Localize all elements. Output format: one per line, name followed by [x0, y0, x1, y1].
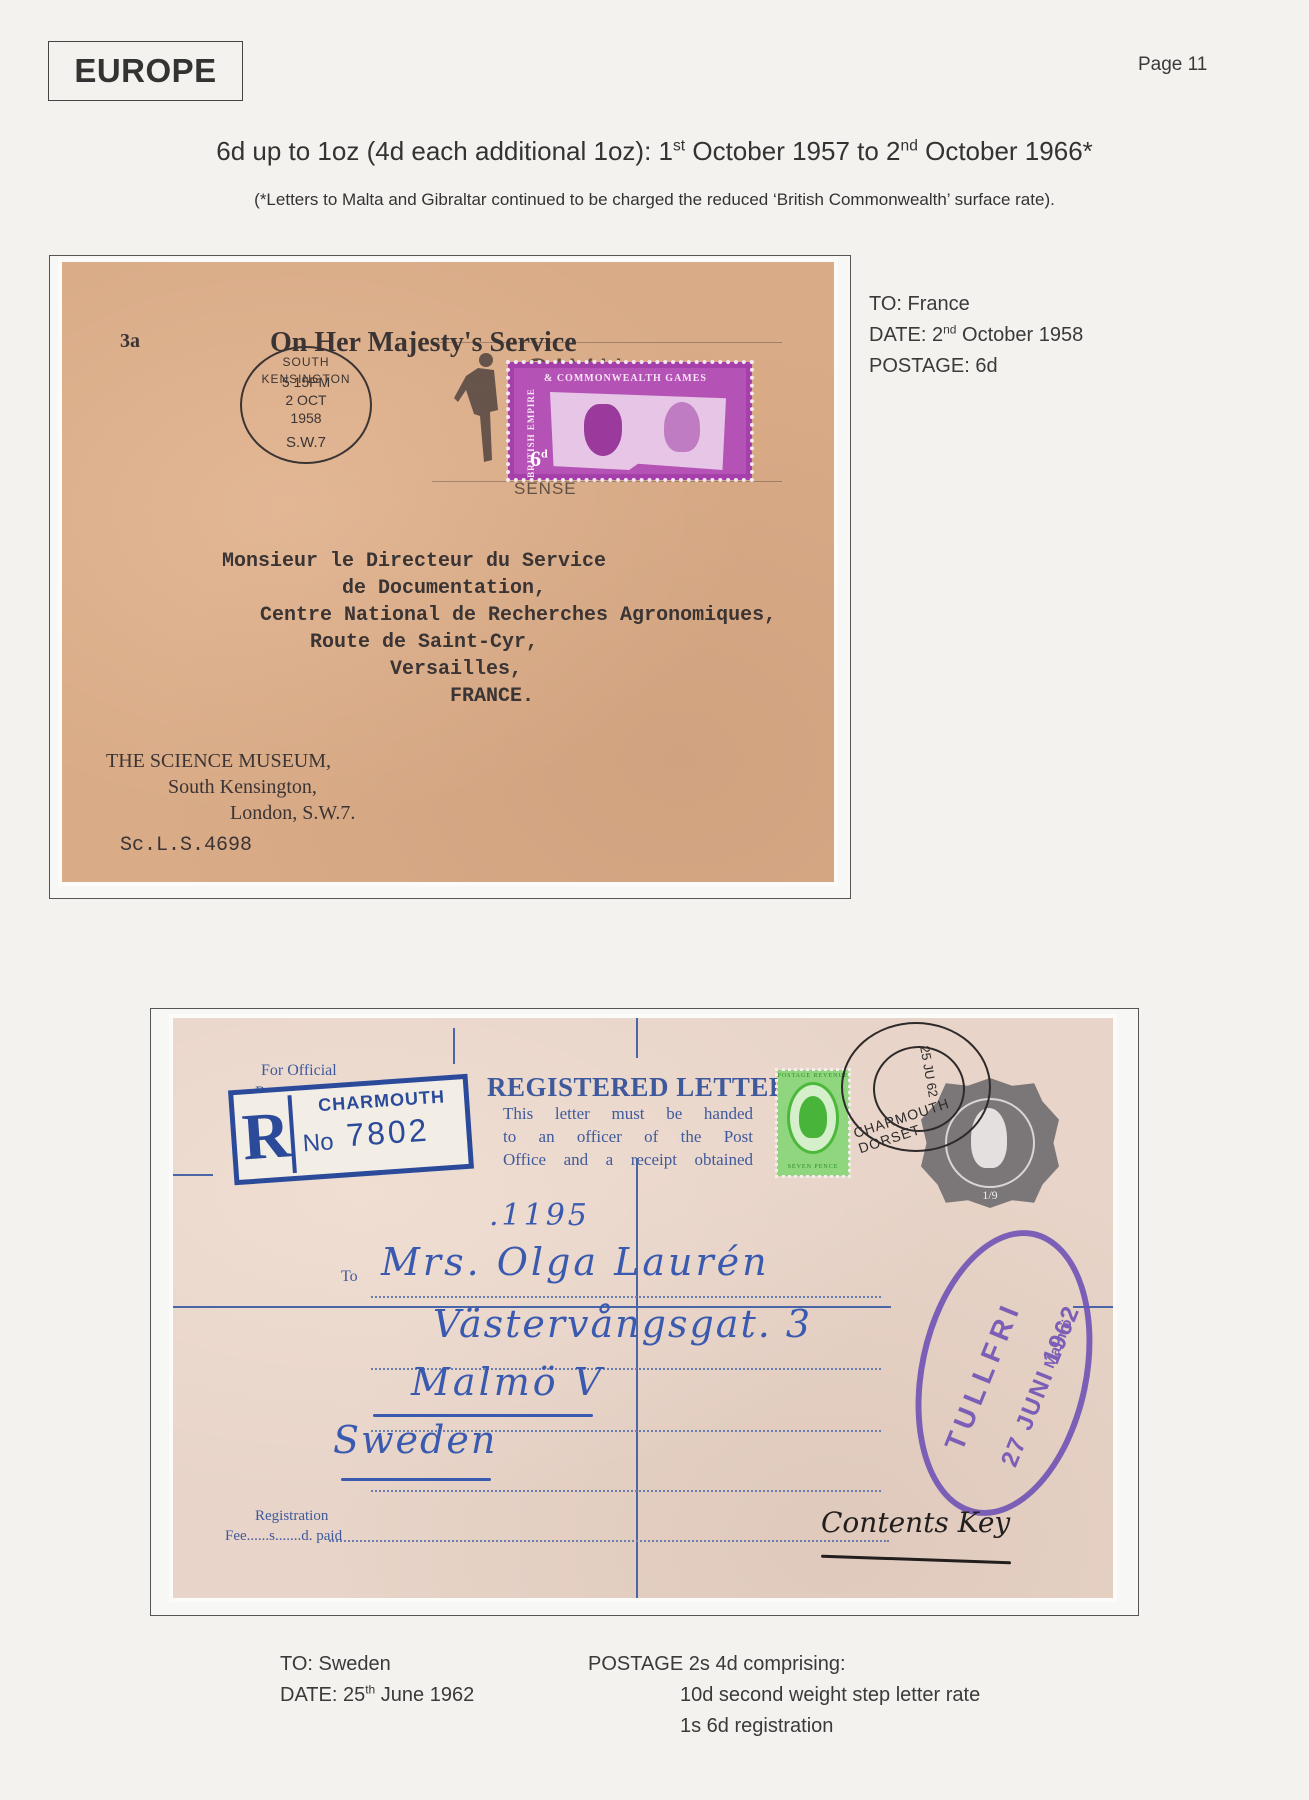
cover2-postmark: CHARMOUTH DORSET 25 JU 62 [841, 1022, 991, 1152]
recipient-city: Malmö V [411, 1360, 604, 1404]
cover2-description: TO: Sweden DATE: 25th June 1962 [280, 1649, 474, 1711]
cover1-envelope: 3a On Her Majesty's Service SOUTH KENSIN… [62, 262, 834, 882]
civil-defence-figure-icon [452, 350, 508, 470]
registration-fee-label: Registration Fee......s.......d. paid [225, 1506, 342, 1546]
cover2-date: DATE: 25th June 1962 [280, 1680, 474, 1711]
page-number: Page 11 [1138, 54, 1207, 76]
to-label: To [341, 1268, 358, 1286]
cross-line [453, 1028, 455, 1064]
region-label: EUROPE [74, 52, 216, 90]
registered-letter-instructions: This letter must be handed to an officer… [503, 1102, 753, 1171]
cover2-postage: POSTAGE 2s 4d comprising: [588, 1649, 980, 1680]
contents-note: Contents Key [821, 1506, 1010, 1539]
postage-item: 10d second weight step letter rate [588, 1680, 980, 1711]
cover1-ref-mark: 3a [120, 330, 140, 353]
recipient-country: Sweden [333, 1418, 497, 1462]
cover1-postage: POSTAGE: 6d [869, 351, 1083, 382]
cover1-destination: TO: France [869, 289, 1083, 320]
registration-number: 7802 [345, 1112, 431, 1155]
rate-footnote: (*Letters to Malta and Gibraltar continu… [0, 190, 1309, 210]
cover1-sender-reference: Sc.L.S.4698 [120, 834, 252, 857]
cross-line [636, 1158, 638, 1598]
recipient-street: Västervångsgat. 3 [433, 1302, 812, 1346]
swedish-customs-tullfri-cachet: TULLFRI 27 JUNI 1962 Malmö [891, 1213, 1118, 1532]
recipient-name: Mrs. Olga Laurén [381, 1240, 770, 1284]
cover2-registered-envelope: For Official Registration R CHARMOUTH No… [173, 1018, 1113, 1598]
cover1-postmark: SOUTH KENSINGTON 5 15PM 2 OCT 1958 S.W.7 [240, 346, 372, 464]
rate-title: 6d up to 1oz (4d each additional 1oz): 1… [0, 136, 1309, 167]
cover1-sender-address: THE SCIENCE MUSEUM,South Kensington,Lond… [106, 748, 355, 826]
cover1-description: TO: France DATE: 2nd October 1958 POSTAG… [869, 289, 1083, 382]
handwritten-number: .1195 [489, 1198, 590, 1233]
registration-label: R CHARMOUTH No 7802 [228, 1074, 474, 1186]
stamp-queen-portrait-icon [799, 1096, 827, 1138]
stamp-queen-portrait-icon [664, 402, 700, 452]
stamp-crest-icon [584, 404, 622, 456]
postage-item: 1s 6d registration [588, 1711, 980, 1742]
cross-line [636, 1018, 638, 1058]
cover2-postage-breakdown: POSTAGE 2s 4d comprising: 10d second wei… [588, 1649, 980, 1742]
cross-line [173, 1174, 213, 1176]
cover2-destination: TO: Sweden [280, 1649, 474, 1680]
cover1-date: DATE: 2nd October 1958 [869, 320, 1083, 351]
cover2-wilding-7d-stamp: POSTAGE REVENUE SEVEN PENCE [777, 1070, 849, 1176]
registered-letter-title: REGISTERED LETTER [487, 1072, 789, 1103]
cover1-commonwealth-games-stamp: & COMMONWEALTH GAMES BRITISH EMPIRE 6d [508, 362, 752, 480]
region-label-box: EUROPE [48, 41, 243, 101]
cover1-recipient-address: Monsieur le Directeur du Servicede Docum… [222, 548, 776, 710]
